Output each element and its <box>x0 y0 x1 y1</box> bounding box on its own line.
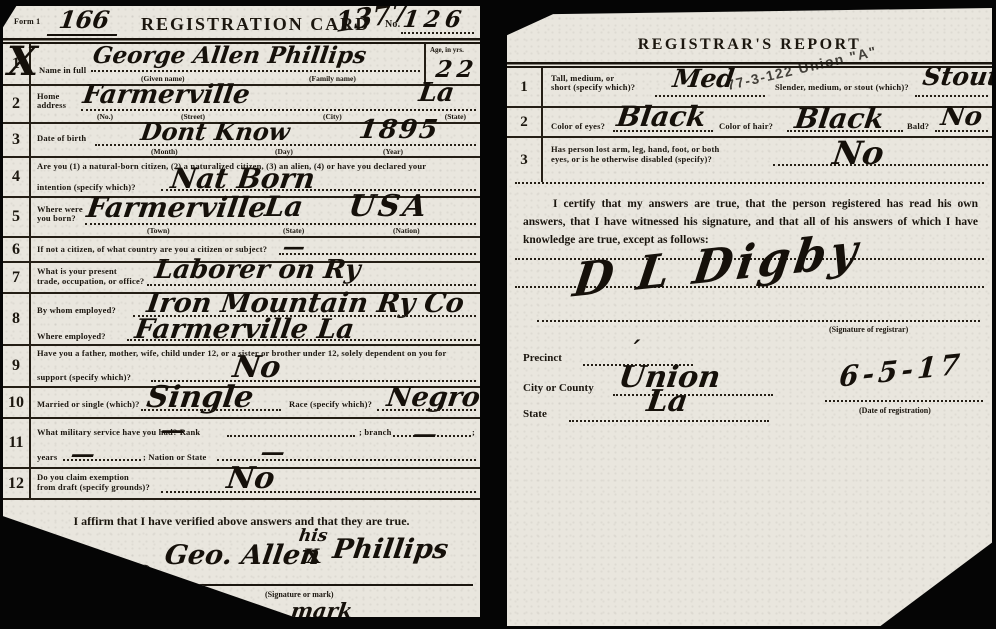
row-married-race: 10 Married or single (which)? Single Rac… <box>3 388 480 419</box>
report-row-eyes-hair: 2 Color of eyes? Black Color of hair? Bl… <box>507 106 992 136</box>
dependents-label-2: support (specify which)? <box>37 372 131 383</box>
disability-value-handwritten: No <box>830 134 886 172</box>
no-sublabel: (No.) <box>97 112 113 121</box>
town-sublabel: (Town) <box>147 226 170 235</box>
family-name-sublabel: (Family name) <box>309 74 356 83</box>
bald-label: Bald? <box>907 121 929 132</box>
registration-card-header: Form 1 166 REGISTRATION CARD 1377 No. 12… <box>3 6 480 38</box>
row-number: 9 <box>3 346 31 386</box>
rank-dash-handwritten: — <box>159 415 187 444</box>
home-label-2: address <box>37 100 66 111</box>
row-number: 7 <box>3 263 31 292</box>
row-number: 5 <box>3 198 31 236</box>
scanned-draft-card: Form 1 166 REGISTRATION CARD 1377 No. 12… <box>0 0 996 629</box>
affirmation-text: I affirm that I have verified above answ… <box>3 514 480 529</box>
dob-value-handwritten: Dont Know <box>139 117 292 146</box>
row-number: 3 <box>507 138 543 182</box>
year-sublabel: (Year) <box>383 147 403 156</box>
where-employed-label: Where employed? <box>37 331 106 342</box>
state-value-handwritten: La <box>645 384 690 419</box>
registrars-report-card: REGISTRAR'S REPORT 77-3-122 Union "A" 1 … <box>507 8 992 626</box>
build-label: Slender, medium, or stout (which)? <box>775 82 909 93</box>
report-row-disability: 3 Has person lost arm, leg, hand, foot, … <box>507 136 992 182</box>
row-number: 10 <box>3 388 31 417</box>
race-label: Race (specify which)? <box>289 399 372 410</box>
section-divider <box>515 182 984 184</box>
row-number: 4 <box>3 158 31 196</box>
form-label: Form 1 <box>14 17 40 27</box>
married-label: Married or single (which)? <box>37 399 140 410</box>
row-birthplace: 5 Where were you born? Farmerville La US… <box>3 198 480 238</box>
registration-date-handwritten: 6-5-17 <box>838 347 965 394</box>
report-row-height-build: 1 Tall, medium, or short (specify which)… <box>507 68 992 106</box>
row-number: 12 <box>3 469 31 498</box>
city-sublabel: (City) <box>323 112 342 121</box>
row-number: 2 <box>507 108 543 136</box>
branch-semicolon: ; <box>472 427 475 438</box>
home-city-handwritten: Farmerville <box>81 80 252 110</box>
row-number: 1 <box>507 68 543 106</box>
registrar-signature-label: (Signature of registrar) <box>829 325 908 334</box>
home-state-handwritten: La <box>417 78 456 108</box>
report-lower-section: I certify that my answers are true, that… <box>507 182 992 626</box>
eyes-label: Color of eyes? <box>551 121 605 132</box>
years-label: years <box>37 452 57 463</box>
trade-label-2: trade, occupation, or office? <box>37 276 144 287</box>
row-employer: 8 By whom employed? Iron Mountain Ry Co … <box>3 294 480 346</box>
precinct-mark-handwritten: ′ <box>631 334 641 363</box>
precinct-label: Precinct <box>523 352 562 364</box>
row-number: 6 <box>3 238 31 261</box>
mark-word-handwritten: mark <box>289 598 354 623</box>
card-number-handwritten: 126 <box>401 6 468 33</box>
dob-label: Date of birth <box>37 133 86 144</box>
his-word-handwritten: his <box>298 526 329 546</box>
corner-number-handwritten: 30 <box>97 555 156 616</box>
row-number: 3 <box>3 124 31 156</box>
disability-label-2: eyes, or is he otherwise disabled (speci… <box>551 154 712 165</box>
trade-value-handwritten: Laborer on Ry <box>153 255 362 285</box>
foreign-citizen-label: If not a citizen, of what country are yo… <box>37 244 267 255</box>
row-exemption: 12 Do you claim exemption from draft (sp… <box>3 469 480 500</box>
row-number: 11 <box>3 419 31 467</box>
x-mark-handwritten: X <box>7 38 38 85</box>
row-number: 2 <box>3 86 31 122</box>
employer-label: By whom employed? <box>37 305 116 316</box>
no-label: No. <box>385 19 400 32</box>
bald-value-handwritten: No <box>939 102 984 132</box>
signature-last-handwritten: Phillips <box>331 534 450 565</box>
report-title: REGISTRAR'S REPORT <box>507 8 992 62</box>
signature-x-mark: X <box>305 544 321 568</box>
build-value-handwritten: Stout <box>921 62 996 91</box>
row-number: 8 <box>3 294 31 344</box>
nation-state-label: ; Nation or State <box>143 452 206 463</box>
branch-dash-handwritten: — <box>411 419 439 448</box>
state-label: State <box>523 408 547 420</box>
dob-year-handwritten: 1895 <box>357 115 442 145</box>
age-label: Age, in yrs. <box>430 46 464 54</box>
exemption-label-2: from draft (specify grounds)? <box>37 482 150 493</box>
born-label-2: you born? <box>37 213 76 224</box>
born-town-handwritten: Farmerville <box>85 191 269 224</box>
name-label: Name in full <box>39 65 86 76</box>
hair-label: Color of hair? <box>719 121 773 132</box>
height-label-2: short (specify which)? <box>551 82 635 93</box>
born-state-handwritten: La <box>263 190 305 223</box>
name-value-handwritten: George Allen Phillips <box>91 42 368 69</box>
nation-sublabel: (Nation) <box>393 226 420 235</box>
registration-card: Form 1 166 REGISTRATION CARD 1377 No. 12… <box>3 6 480 617</box>
row-date-of-birth: 3 Date of birth Dont Know 1895 (Month) (… <box>3 124 480 158</box>
registration-date-label: (Date of registration) <box>859 406 931 415</box>
month-sublabel: (Month) <box>151 147 178 156</box>
height-value-handwritten: Med <box>671 64 736 93</box>
registration-card-footer: I affirm that I have verified above answ… <box>3 500 480 623</box>
years-dash-handwritten: — <box>69 439 97 468</box>
form-number-handwritten: 166 <box>47 5 121 36</box>
city-county-label: City or County <box>523 382 594 394</box>
eyes-value-handwritten: Black <box>615 100 709 133</box>
day-sublabel: (Day) <box>275 147 293 156</box>
state-sublabel: (State) <box>445 112 466 121</box>
born-nation-handwritten: USA <box>347 189 432 224</box>
branch-label: ; branch <box>359 427 392 438</box>
